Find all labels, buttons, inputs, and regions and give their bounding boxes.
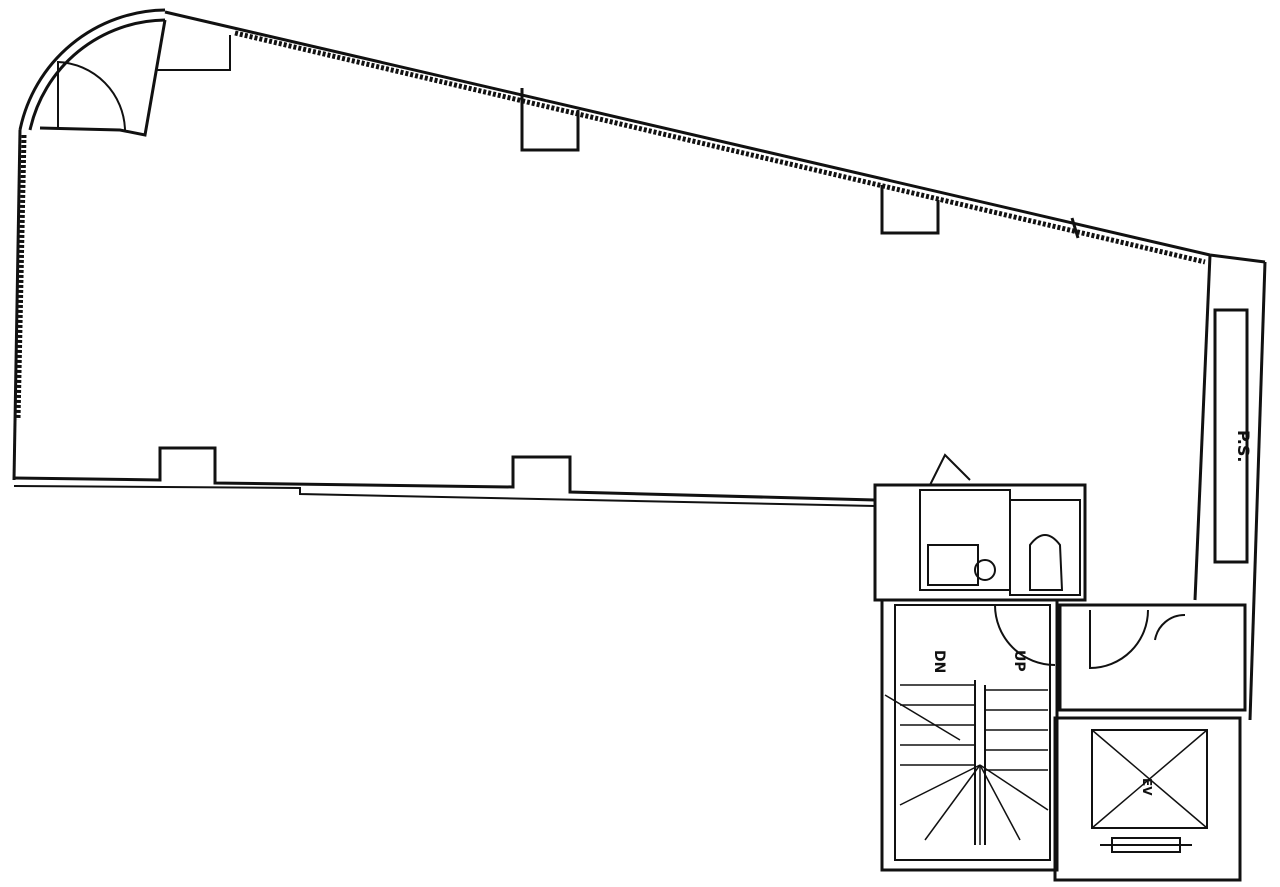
columns (522, 88, 1078, 238)
service-core (875, 455, 1085, 600)
stairwell: DN UP (882, 600, 1057, 870)
stair-down-label: DN (931, 650, 947, 673)
entry-door (40, 20, 230, 135)
entrance-hall (1060, 605, 1245, 710)
exterior-wall (14, 10, 1265, 720)
elevator: EV (1055, 718, 1240, 880)
elevator-label: EV (1140, 778, 1154, 796)
floor-plan: P.S. (0, 0, 1280, 887)
pipe-shaft: P.S. (1215, 310, 1253, 562)
pipe-space-label: P.S. (1234, 430, 1253, 462)
toilet-icon (1030, 535, 1062, 590)
